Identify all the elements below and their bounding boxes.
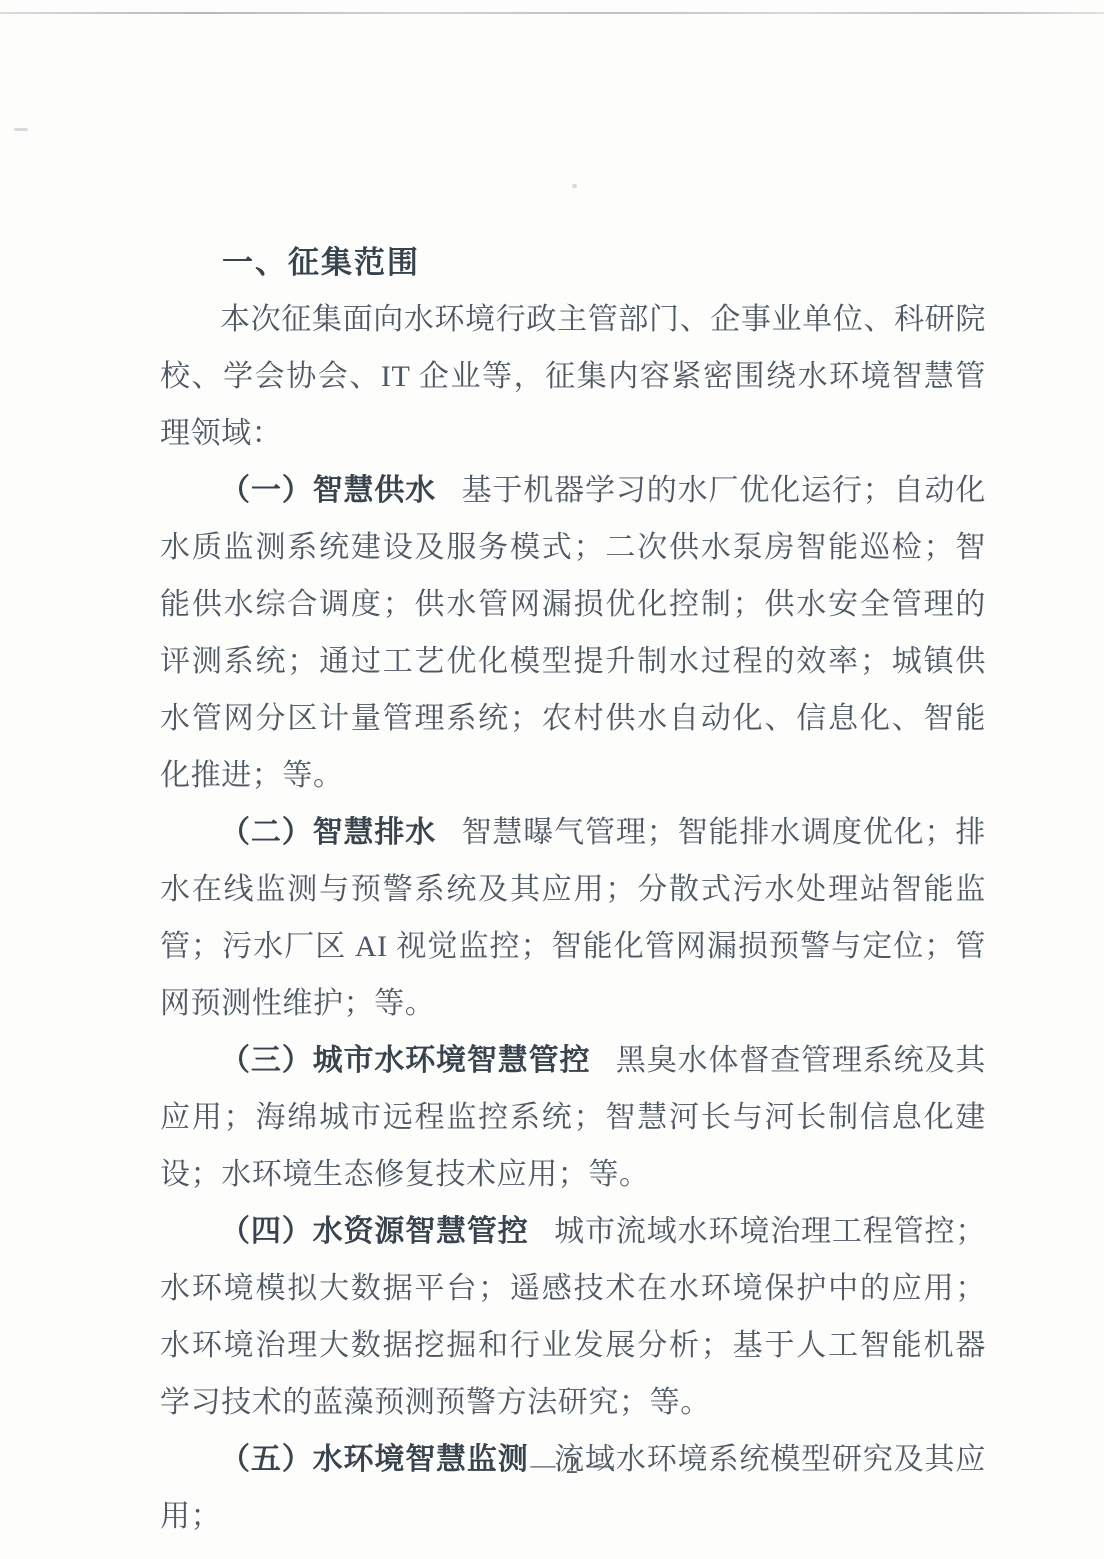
intro-paragraph: 本次征集面向水环境行政主管部门、企事业单位、科研院校、学会协会、IT 企业等，征… bbox=[160, 291, 986, 462]
scan-dust-mark bbox=[572, 184, 577, 188]
section-lead: （四）水资源智慧管控 bbox=[220, 1215, 529, 1248]
section-lead: （二）智慧排水 bbox=[220, 816, 436, 849]
section-paragraph: （一）智慧供水基于机器学习的水厂优化运行；自动化水质监测系统建设及服务模式；二次… bbox=[160, 462, 986, 804]
section-text: 基于机器学习的水厂优化运行；自动化水质监测系统建设及服务模式；二次供水泵房智能巡… bbox=[160, 474, 986, 792]
intro-text: 本次征集面向水环境行政主管部门、企事业单位、科研院校、学会协会、IT 企业等，征… bbox=[160, 303, 986, 450]
scan-dust-mark bbox=[14, 128, 28, 131]
section-paragraph: （三）城市水环境智慧管控黑臭水体督查管理系统及其应用；海绵城市远程监控系统；智慧… bbox=[160, 1032, 986, 1203]
section-paragraph: （二）智慧排水智慧曝气管理；智能排水调度优化；排水在线监测与预警系统及其应用；分… bbox=[160, 804, 986, 1032]
section-lead: （三）城市水环境智慧管控 bbox=[220, 1044, 590, 1077]
section-paragraph: （五）水环境智慧监测流域水环境系统模型研究及其应用； bbox=[160, 1431, 986, 1545]
document-page: 一、征集范围 本次征集面向水环境行政主管部门、企事业单位、科研院校、学会协会、I… bbox=[0, 0, 1104, 1559]
section-heading: 一、征集范围 bbox=[160, 234, 986, 291]
scan-artifact-line bbox=[0, 12, 1104, 14]
section-paragraph: （四）水资源智慧管控城市流域水环境治理工程管控；水环境模拟大数据平台；遥感技术在… bbox=[160, 1203, 986, 1431]
page-number: — 2 — bbox=[160, 1452, 986, 1480]
document-content: 一、征集范围 本次征集面向水环境行政主管部门、企事业单位、科研院校、学会协会、I… bbox=[160, 234, 986, 1545]
section-lead: （一）智慧供水 bbox=[220, 474, 436, 507]
